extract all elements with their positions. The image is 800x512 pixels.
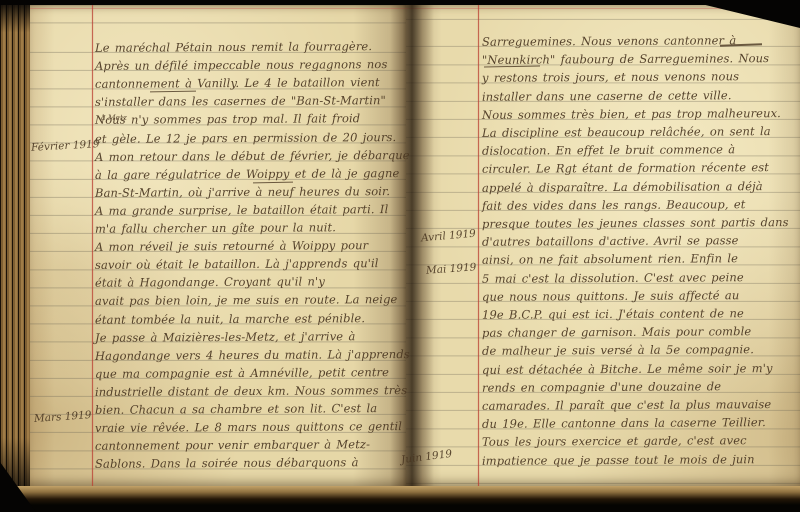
handwriting-line: dislocation. En effet le bruit commence … <box>482 142 735 158</box>
handwriting-line: presque toutes les jeunes classes sont p… <box>482 215 789 231</box>
diary-photo: Le maréchal Pétain nous remit la fourrag… <box>0 0 800 512</box>
handwriting-line: que nous nous quittons. Je suis affecté … <box>482 288 739 304</box>
handwriting-line: ainsi, on ne fait absolument rien. Enfin… <box>482 252 738 268</box>
handwriting-line: qui est détachée à Bitche. Le même soir … <box>482 361 773 377</box>
handwriting-line: 19e B.C.P. qui est ici. J'étais content … <box>482 306 744 322</box>
page-stack-edge <box>0 3 30 497</box>
handwriting-line: impatience que je passe tout le mois de … <box>482 452 755 468</box>
handwriting-line: Sarreguemines. Nous venons cantonner à <box>482 33 736 49</box>
handwriting-line: camarades. Il paraît que c'est la plus m… <box>482 397 771 413</box>
handwriting-line: appelé à disparaître. La démobilisation … <box>482 179 763 195</box>
handwriting-line: installer dans une caserne de cette vill… <box>482 88 732 104</box>
handwriting-line: du 19e. Elle cantonne dans la caserne Te… <box>482 415 766 431</box>
handwriting-line: Tous les jours exercice et garde, c'est … <box>482 434 747 450</box>
handwriting-line: circuler. Le Rgt étant de formation réce… <box>482 161 769 177</box>
right-page-handwriting: Sarreguemines. Nous venons cantonner à"N… <box>0 0 800 512</box>
top-background-edge <box>0 0 800 5</box>
handwriting-line: y restons trois jours, et nous venons no… <box>482 70 739 86</box>
handwriting-line: pas changer de garnison. Mais pour combl… <box>482 324 751 340</box>
bottom-page-edges <box>0 486 800 512</box>
interlinear-insertion: à Metz <box>101 113 127 122</box>
handwriting-line: de malheur je suis versé à la 5e compagn… <box>482 343 754 359</box>
handwriting-line: La discipline est beaucoup relâchée, on … <box>482 124 771 140</box>
handwriting-line: fait des vides dans les rangs. Beaucoup,… <box>482 197 746 213</box>
handwriting-line: d'autres bataillons d'active. Avril se p… <box>482 233 739 249</box>
handwriting-line: Nous sommes très bien, et pas trop malhe… <box>482 106 781 122</box>
handwriting-line: 5 mai c'est la dissolution. C'est avec p… <box>482 270 744 286</box>
handwriting-line: "Neunkirch" faubourg de Sarreguemines. N… <box>482 51 769 67</box>
handwriting-line: rends en compagnie d'une douzaine de <box>482 379 721 394</box>
